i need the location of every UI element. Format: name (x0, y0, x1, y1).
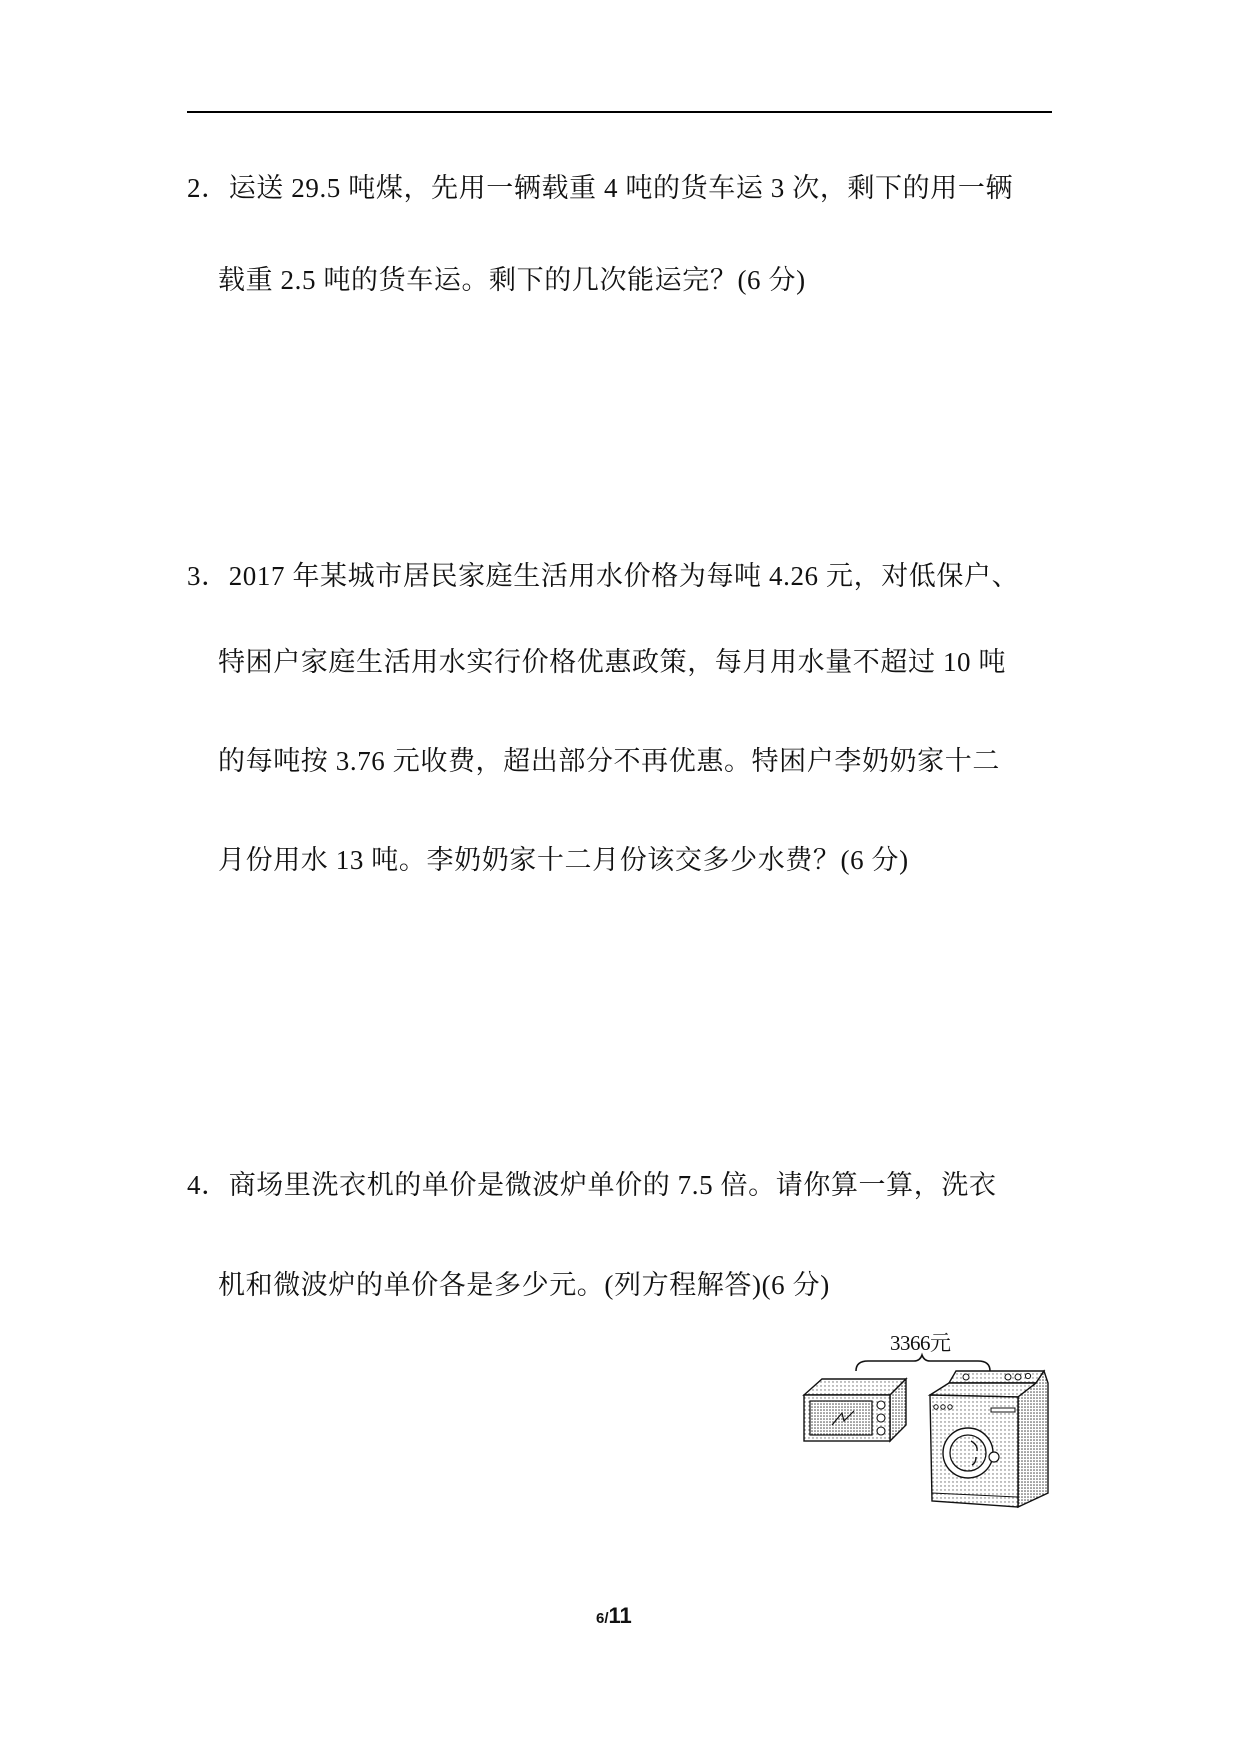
microwave-icon (804, 1379, 906, 1441)
question-4-line-1: 4．商场里洗衣机的单价是微波炉单价的 7.5 倍。请你算一算，洗衣 (187, 1168, 997, 1202)
washing-machine-icon (930, 1371, 1048, 1507)
question-3-line-4: 月份用水 13 吨。李奶奶家十二月份该交多少水费？(6 分) (218, 843, 909, 877)
header-rule (187, 111, 1052, 113)
question-2-line-1: 2．运送 29.5 吨煤，先用一辆载重 4 吨的货车运 3 次，剩下的用一辆 (187, 171, 1013, 205)
brace-icon (856, 1355, 990, 1371)
page-total: 11 (609, 1603, 632, 1628)
page-current: 6/ (596, 1610, 609, 1627)
question-3-line-3: 的每吨按 3.76 元收费，超出部分不再优惠。特困户李奶奶家十二 (218, 744, 1000, 778)
question-4-line-2: 机和微波炉的单价各是多少元。(列方程解答)(6 分) (218, 1268, 830, 1302)
question-2-line-2: 载重 2.5 吨的货车运。剩下的几次能运完？(6 分) (218, 263, 806, 297)
page-number: 6/11 (596, 1603, 632, 1629)
question-3-line-2: 特困户家庭生活用水实行价格优惠政策，每月用水量不超过 10 吨 (218, 645, 1006, 679)
appliance-illustration (796, 1325, 1056, 1515)
question-3-line-1: 3．2017 年某城市居民家庭生活用水价格为每吨 4.26 元，对低保户、 (187, 559, 1019, 593)
